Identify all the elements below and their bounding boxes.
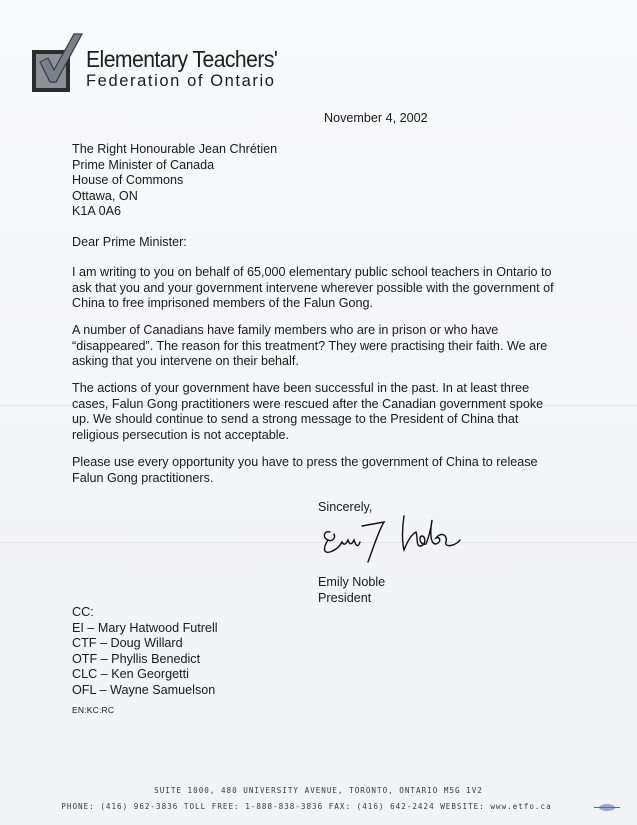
body-line: “disappeared”. The reason for this treat…: [72, 339, 592, 355]
salutation: Dear Prime Minister:: [72, 235, 187, 251]
signer-name: Emily Noble: [318, 575, 385, 591]
union-label-icon: [594, 803, 620, 812]
footer-contact: PHONE: (416) 962-3836 TOLL FREE: 1-888-8…: [0, 802, 625, 811]
body-paragraph-1: I am writing to you on behalf of 65,000 …: [72, 265, 592, 312]
body-line: asking that you intervene on their behal…: [72, 354, 592, 370]
cc-entry: OFL – Wayne Samuelson: [72, 683, 592, 699]
org-name-line1: Elementary Teachers': [86, 46, 277, 73]
body-line: up. We should continue to send a strong …: [72, 412, 592, 428]
letterhead-logo: Elementary Teachers' Federation of Ontar…: [32, 44, 302, 94]
cc-label: CC:: [72, 605, 592, 621]
body-line: The actions of your government have been…: [72, 381, 592, 397]
checkmark-box-icon: [34, 32, 84, 88]
reference-initials: EN:KC:RC: [72, 703, 114, 719]
recipient-line: Prime Minister of Canada: [72, 158, 592, 174]
recipient-line: K1A 0A6: [72, 204, 592, 220]
recipient-line: The Right Honourable Jean Chrétien: [72, 142, 592, 158]
body-line: religious persecution is not acceptable.: [72, 428, 592, 444]
cc-entry: EI – Mary Hatwood Futrell: [72, 621, 592, 637]
footer-address: SUITE 1000, 480 UNIVERSITY AVENUE, TORON…: [0, 786, 637, 795]
body-line: cases, Falun Gong practitioners were res…: [72, 397, 592, 413]
recipient-line: Ottawa, ON: [72, 189, 592, 205]
cc-entry: OTF – Phyllis Benedict: [72, 652, 592, 668]
body-line: China to free imprisoned members of the …: [72, 296, 592, 312]
body-paragraph-3: The actions of your government have been…: [72, 381, 592, 443]
cc-entry: CTF – Doug Willard: [72, 636, 592, 652]
letter-date: November 4, 2002: [324, 111, 428, 127]
body-line: I am writing to you on behalf of 65,000 …: [72, 265, 592, 281]
cc-entry: CLC – Ken Georgetti: [72, 667, 592, 683]
handwritten-signature-icon: [318, 512, 468, 567]
cc-list: CC: EI – Mary Hatwood Futrell CTF – Doug…: [72, 605, 592, 699]
body-paragraph-4: Please use every opportunity you have to…: [72, 455, 592, 486]
letter-page: Elementary Teachers' Federation of Ontar…: [0, 0, 637, 825]
body-line: ask that you and your government interve…: [72, 281, 592, 297]
body-line: Please use every opportunity you have to…: [72, 455, 592, 471]
recipient-address: The Right Honourable Jean Chrétien Prime…: [72, 142, 592, 220]
body-line: Falun Gong practitioners.: [72, 471, 592, 487]
body-line: A number of Canadians have family member…: [72, 323, 592, 339]
org-name-line2: Federation of Ontario: [86, 72, 276, 91]
body-paragraph-2: A number of Canadians have family member…: [72, 323, 592, 370]
recipient-line: House of Commons: [72, 173, 592, 189]
